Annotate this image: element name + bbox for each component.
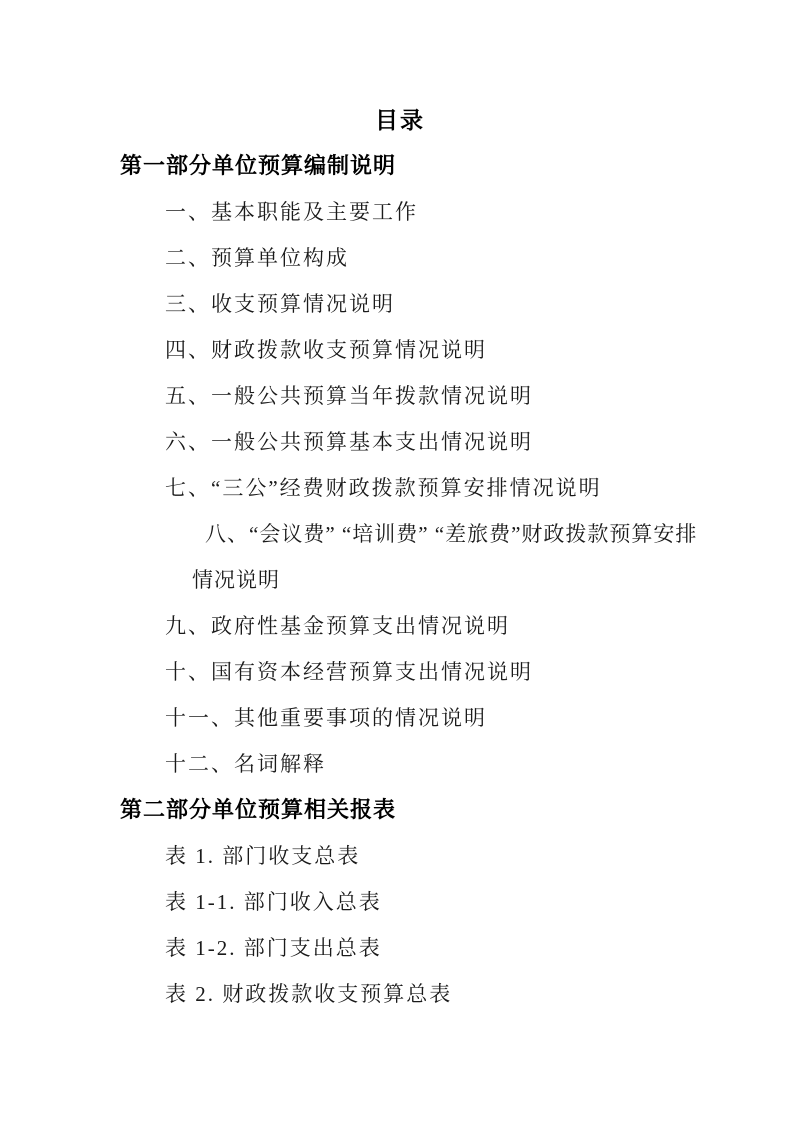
toc-item-3: 三、收支预算情况说明: [165, 281, 680, 327]
toc-item-4: 四、财政拨款收支预算情况说明: [165, 327, 680, 373]
toc-item-1: 一、基本职能及主要工作: [165, 189, 680, 235]
toc-content: 目录 第一部分单位预算编制说明 一、基本职能及主要工作 二、预算单位构成 三、收…: [120, 97, 680, 1017]
toc-item-6: 六、一般公共预算基本支出情况说明: [165, 419, 680, 465]
section-heading-part2: 第二部分单位预算相关报表: [120, 787, 680, 833]
document-page: 目录 第一部分单位预算编制说明 一、基本职能及主要工作 二、预算单位构成 三、收…: [0, 0, 793, 1122]
toc-item-table-1: 表 1. 部门收支总表: [165, 833, 680, 879]
toc-item-9: 九、政府性基金预算支出情况说明: [165, 603, 680, 649]
section-heading-part1: 第一部分单位预算编制说明: [120, 143, 680, 189]
toc-item-11: 十一、其他重要事项的情况说明: [165, 695, 680, 741]
toc-item-8: 八、“会议费” “培训费” “差旅费”财政拨款预算安排情况说明: [192, 511, 710, 603]
toc-item-7: 七、“三公”经费财政拨款预算安排情况说明: [165, 465, 680, 511]
toc-item-table-2: 表 2. 财政拨款收支预算总表: [165, 971, 680, 1017]
toc-item-10: 十、国有资本经营预算支出情况说明: [165, 649, 680, 695]
toc-item-12: 十二、名词解释: [165, 741, 680, 787]
toc-item-2: 二、预算单位构成: [165, 235, 680, 281]
toc-item-table-1-1: 表 1-1. 部门收入总表: [165, 879, 680, 925]
toc-item-5: 五、一般公共预算当年拨款情况说明: [165, 373, 680, 419]
page-title: 目录: [120, 97, 680, 143]
toc-item-table-1-2: 表 1-2. 部门支出总表: [165, 925, 680, 971]
